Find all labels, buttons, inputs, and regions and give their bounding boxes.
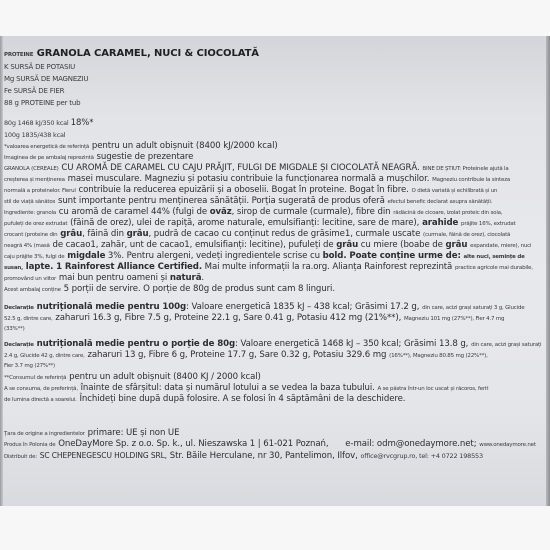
ing-bold: natură <box>170 273 202 283</box>
ing-text: , pudră de cacao cu conținut redus de gr… <box>148 229 420 239</box>
nutrition-label: nutrițională medie pentru o porție de 80… <box>37 339 235 349</box>
product-title: PROTEINE GRANOLA CARAMEL, NUCI & CIOCOLA… <box>4 48 259 61</box>
nutrition-100g-line-2: 52.5 g, dintre care, zaharuri 16.3 g, Fi… <box>4 313 504 325</box>
servings-large: 5 porții de servire. O porție de 80g de … <box>64 284 335 294</box>
claim-text: PROTEINE per tub <box>21 99 81 107</box>
claim-potassium: K SURSĂ DE POTASIU <box>4 62 75 73</box>
nutrition-80g-line-2: 2.4 g, Glucide 42 g, dintre care, zaharu… <box>4 350 488 362</box>
ing-tail: expandate, miere), nuci <box>470 243 531 249</box>
desc-small: GRANOLA (CEREALE) <box>4 166 59 172</box>
ing-allergen: grâu <box>127 229 149 239</box>
nutrition-label-small: Declarație <box>4 305 34 311</box>
desc-large: CU AROMĂ DE CARAMEL CU CAJU PRĂJIT, FULG… <box>61 163 419 173</box>
energy-100g: 100g 1835/438 kcal <box>4 130 65 141</box>
claim-iron: Fe SURSĂ DE FIER <box>4 86 64 97</box>
ing-traces: Poate conține urme de: <box>347 251 461 261</box>
image-note-small: Imaginea de pe ambalaj reprezintă <box>4 155 94 161</box>
nutrition-values: : Valoare energetică 1468 kJ – 350 kcal;… <box>235 339 468 349</box>
energy-80g: 80g 1468 kJ/350 kcal 18%* <box>4 118 93 129</box>
ing-tail: prăjite 16%, extrudat <box>461 221 515 227</box>
ing-allergen: grâu <box>336 240 358 250</box>
producer-address: OneDayMore Sp. z o.o. Sp. k., ul. Niesza… <box>58 439 328 449</box>
storage-small: A se consuma, de preferință, <box>4 386 78 392</box>
nutrition-80g-line-3: Fier 3.7 mg (27%**) <box>4 361 55 372</box>
ing-text: de cacao1, zahăr, unt de cacao1, emulsif… <box>52 240 336 250</box>
desc-large: contribuie la reducerea epuizării și a o… <box>79 185 409 195</box>
nutrition-tail: (16%**), Magneziu 80.85 mg (22%**), <box>389 353 488 359</box>
ing-allergen: migdale <box>67 251 105 261</box>
servings: Acest ambalaj conține 5 porții de servir… <box>4 284 335 296</box>
desc-tail: BINE DE ȘTIUT: Proteinele ajută la <box>422 166 508 172</box>
title-prefix: PROTEINE <box>4 52 33 58</box>
distributor-contact: office@rvcgrup.ro, tel: +4 0722 198553 <box>361 452 483 460</box>
claim-magnesium: Mg SURSĂ DE MAGNEZIU <box>4 74 88 85</box>
ing-text: mai bun pentru oameni și <box>59 273 170 283</box>
ing-allergen: ovăz <box>210 207 232 217</box>
distributor-small: Distribuit de: <box>4 454 37 460</box>
ing-allergen: grâu <box>445 240 467 250</box>
desc-large: sunt importante pentru menținerea sănătă… <box>58 196 385 206</box>
servings-small: Acest ambalaj conține <box>4 287 61 293</box>
claim-symbol: K <box>4 63 8 71</box>
ing-bold: bold. <box>323 251 347 261</box>
nutrition-small: 52.5 g, dintre care, <box>4 316 53 322</box>
storage-text: Închideți bine după după folosire. A se … <box>79 394 405 404</box>
ing-tail: alte nuci, semințe de <box>464 254 525 260</box>
storage-small: de lumina directă a soarelui. <box>4 397 77 403</box>
desc-tail: Magneziu contribuie la sinteza <box>432 177 510 183</box>
ing-text: Mai multe informații la ra.org. Alianța … <box>202 262 452 272</box>
nutrition-100g-line-3: (33%**) <box>4 324 25 335</box>
nutrition-values: : Valoare energetică 1835 kJ – 438 kcal;… <box>186 302 419 312</box>
desc-tail: efectul benefic declarat asupra sănătăți… <box>388 199 493 205</box>
ing-small: Ingrediente: granola <box>4 210 56 216</box>
nutrition-tail: din care, acizi grași saturați <box>471 342 541 348</box>
nutrition-label-small: Declarație <box>4 342 34 348</box>
product-label: PROTEINE GRANOLA CARAMEL, NUCI & CIOCOLA… <box>0 36 550 506</box>
ing-text: , făină din <box>82 229 126 239</box>
nutrition-label: nutrițională medie pentru 100g <box>37 302 187 312</box>
nutrition-values: zaharuri 13 g, Fibre 6 g, Proteine 17.7 … <box>87 350 386 360</box>
ing-tail: practice agricole mai durabile, <box>455 265 533 271</box>
consumption-small: **Consumul de referință <box>4 375 66 381</box>
energy-80g-value: 80g 1468 kJ/350 kcal <box>4 119 69 127</box>
desc-tail: O dietă variată și echilibrată și un <box>412 188 498 194</box>
ing-text: cu miere (boabe de <box>358 240 445 250</box>
desc-small: creșterea și menținerea <box>4 177 65 183</box>
ing-small: crocant (proteine din <box>4 232 57 238</box>
reference-large: pentru un adult obișnuit (8400 kJ/2000 k… <box>92 141 278 151</box>
claim-text: SURSĂ DE MAGNEZIU <box>16 75 88 83</box>
producer-email: e-mail: odm@onedaymore.net; <box>345 439 476 449</box>
storage-tail: A se păstra într-un loc uscat și răcoros… <box>378 386 489 392</box>
claim-symbol: 88 g <box>4 99 19 107</box>
origin-large: primare: UE și non UE <box>88 428 180 438</box>
ing-allergen: arahide <box>422 218 458 228</box>
ing-tail: (curmale, făină de orez), ciocolată <box>423 232 510 238</box>
producer-small: Produs în Polonia de <box>4 442 55 448</box>
ing-text: , sirop de curmale (curmale), fibre din <box>232 207 391 217</box>
distributor-address: Str. Băile Herculane, nr 30, Pantelimon,… <box>170 451 358 461</box>
storage-line-2: de lumina directă a soarelui. Închideți … <box>4 394 405 406</box>
ing-small: caju prăjite 3%, fulgi de <box>4 254 64 260</box>
producer-website: www.onedaymore.net <box>479 442 536 448</box>
claim-protein: 88 g PROTEINE per tub <box>4 98 80 109</box>
nutrition-tail: din care, acizi grași saturați 3 g, Gluc… <box>422 305 524 311</box>
nutrition-tail: Magneziu 101 mg (27%**), Fier 4.7 mg <box>404 316 504 322</box>
claim-text: SURSĂ DE FIER <box>14 87 65 95</box>
ing-allergen: grâu <box>60 229 82 239</box>
reference-small: *valoarea energetică de referință <box>4 144 89 150</box>
ing-small: pufuleți de orez extrudat <box>4 221 67 227</box>
nutrition-values: zaharuri 16.3 g, Fibre 7.5 g, Proteine 2… <box>55 313 401 323</box>
origin-small: Țara de origine a ingredientelor <box>4 431 85 437</box>
title-main: GRANOLA CARAMEL, NUCI & CIOCOLATĂ <box>37 48 259 59</box>
ing-text: . <box>201 273 204 283</box>
ing-text: 3%. Pentru alergeni, vedeți ingredientel… <box>105 251 322 261</box>
consumption-large: pentru un adult obișnuit (8400 KJ / 2000… <box>69 372 261 382</box>
desc-small: normală a proteinelor. Fierul <box>4 188 76 194</box>
storage-text: înainte de sfârșitul: data și numărul lo… <box>81 383 375 393</box>
claim-text: SURSĂ DE POTASIU <box>10 63 75 71</box>
distributor: Distribuit de: SC CHEPENEGESCU HOLDING S… <box>4 450 483 463</box>
claim-symbol: Fe <box>4 87 12 95</box>
nutrition-small: 2.4 g, Glucide 42 g, dintre care, <box>4 353 85 359</box>
ing-tail: rădăcină de cicoare, izolat proteic din … <box>393 210 502 216</box>
ing-small: promovând un viitor <box>4 276 56 282</box>
energy-80g-percent: 18%* <box>71 118 94 128</box>
ing-certified: lapte. 1 Rainforest Alliance Certified. <box>26 262 202 272</box>
ing-small: neagră 4% (masă <box>4 243 50 249</box>
claim-symbol: Mg <box>4 75 14 83</box>
ing-text: cu aromă de caramel 44% (fulgi de <box>59 207 210 217</box>
image-note-large: sugestie de prezentare <box>97 152 194 162</box>
ing-small: susan, <box>4 265 23 271</box>
desc-large: masei musculare. Magneziu și potasiu con… <box>68 174 430 184</box>
ing-text: (făină de orez), ulei de rapiță, arome n… <box>70 218 419 228</box>
desc-small: stil de viață sănătos <box>4 199 55 205</box>
distributor-name: SC CHEPENEGESCU HOLDING SRL, <box>40 451 167 460</box>
